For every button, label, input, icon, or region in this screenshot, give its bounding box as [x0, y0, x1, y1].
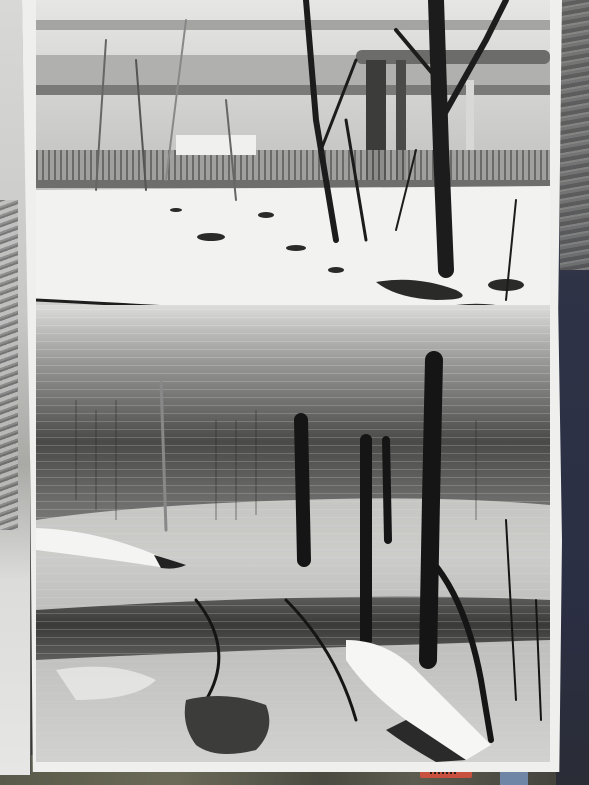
left-print-image-edge	[0, 200, 18, 530]
bw-photograph	[36, 0, 550, 762]
main-print	[22, 0, 562, 772]
right-neighbor-print	[560, 0, 589, 270]
photo-illustration	[36, 0, 550, 762]
photo-scene	[0, 0, 589, 785]
